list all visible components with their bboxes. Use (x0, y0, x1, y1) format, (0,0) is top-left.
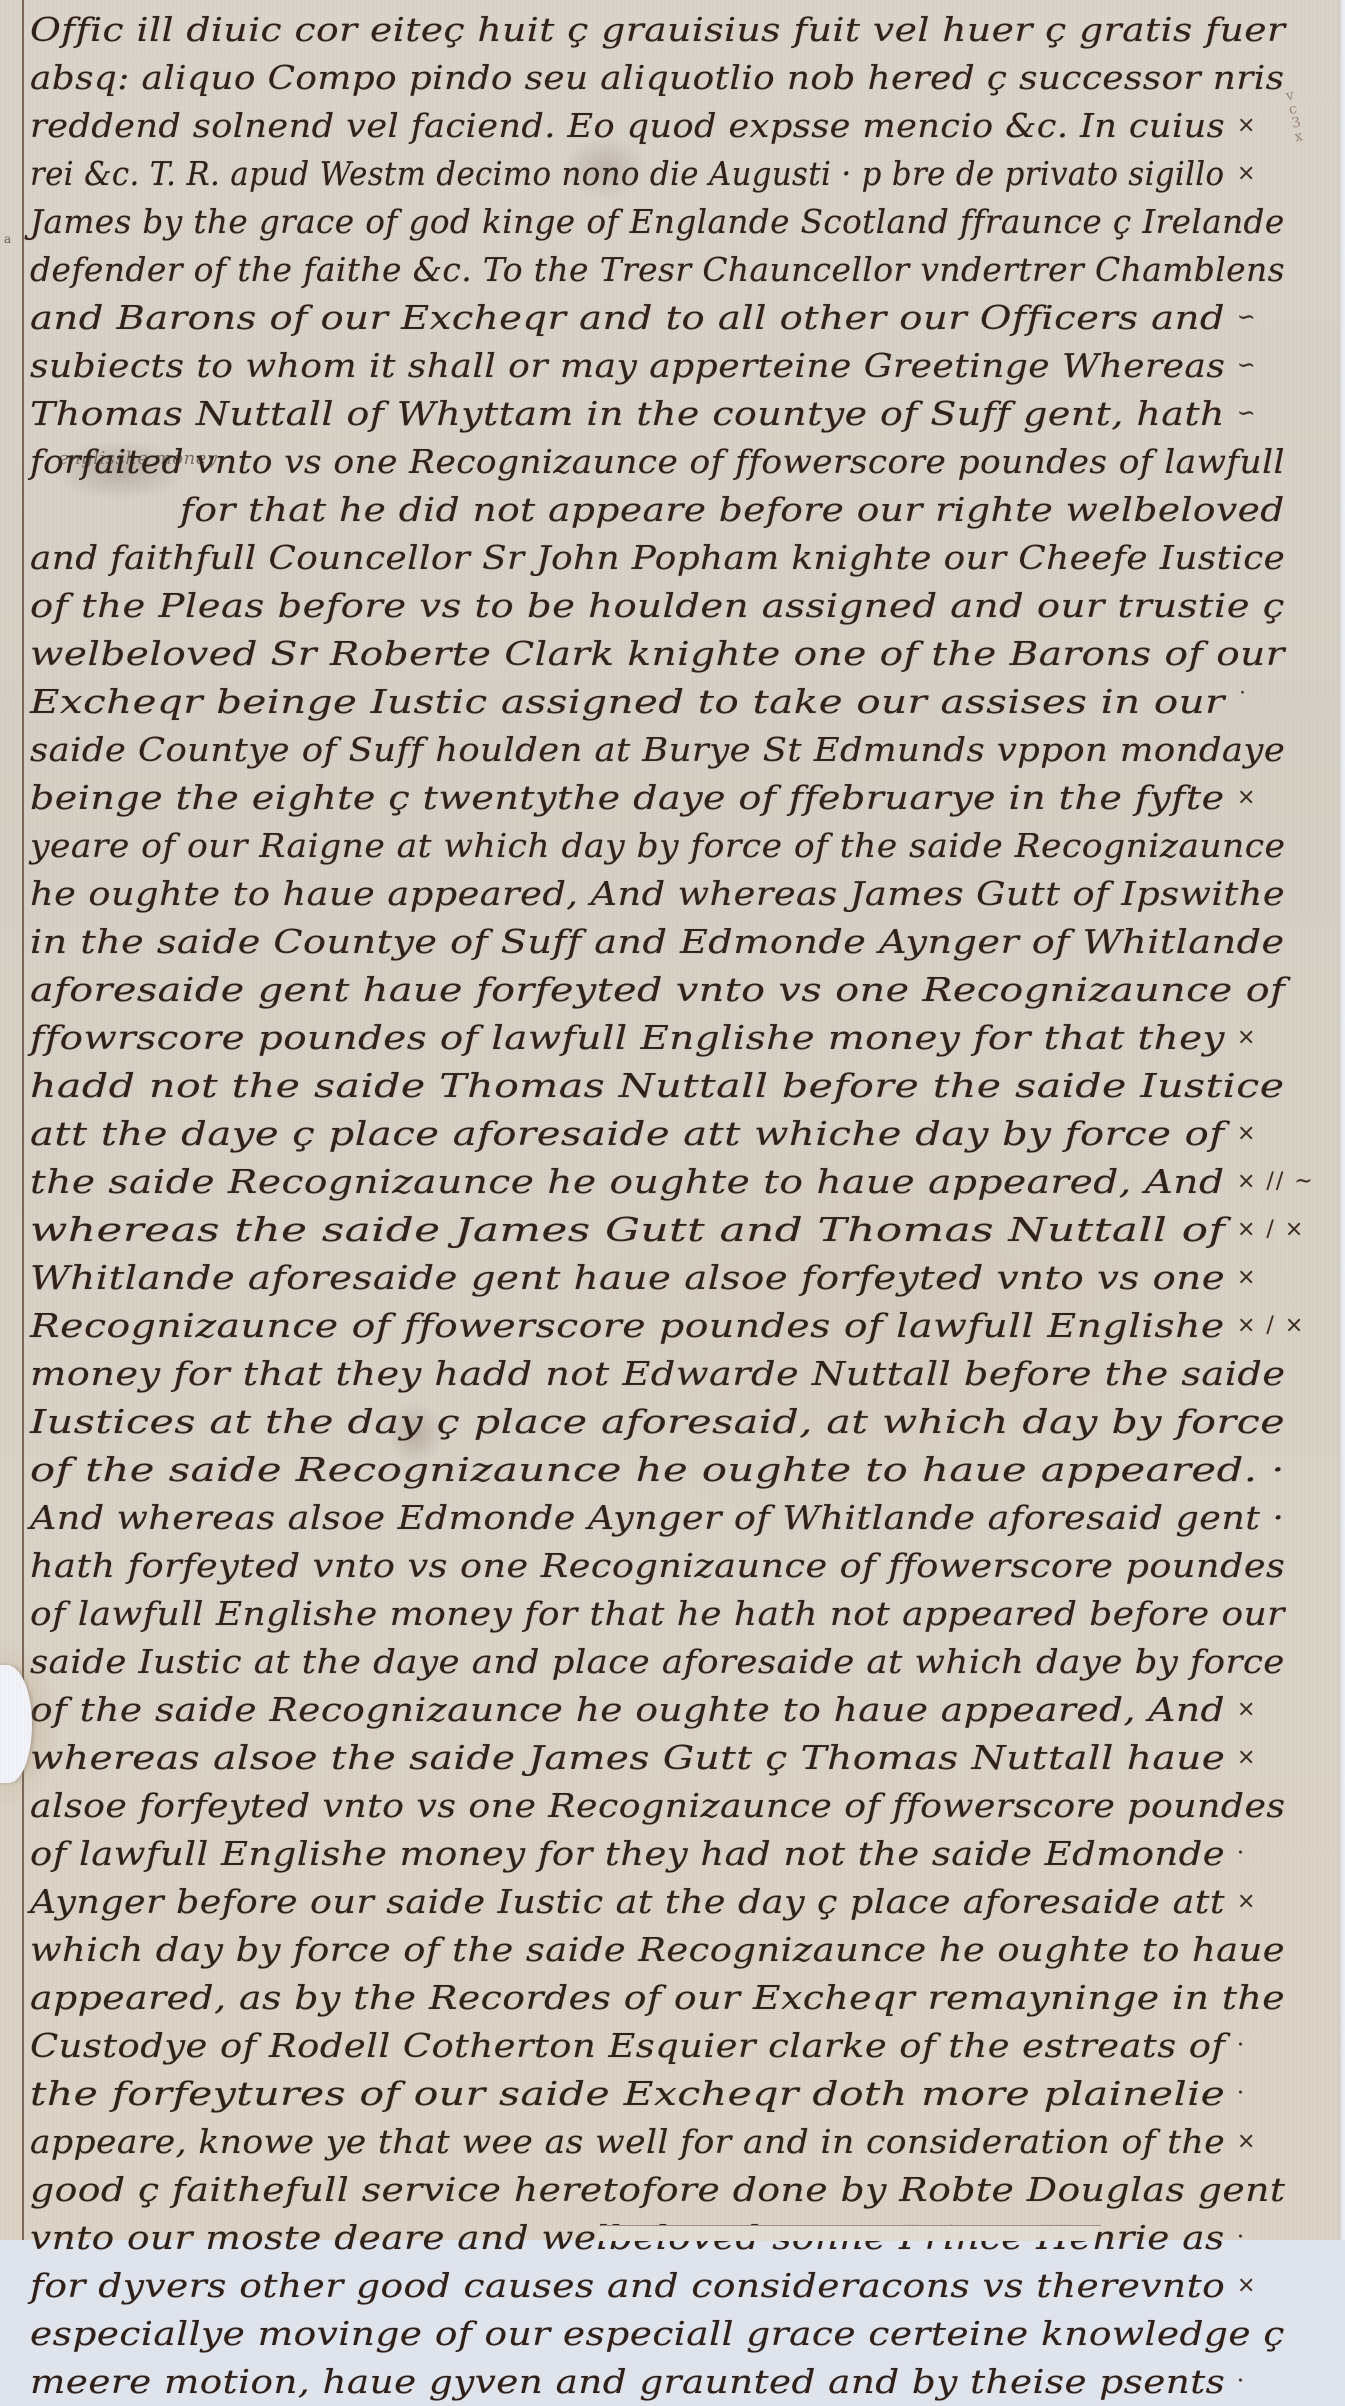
line-filler-mark: ∽ (1237, 294, 1257, 342)
manuscript-line: and faithfull Councellor Sr John Popham … (30, 534, 1320, 582)
line-text: welbeloved Sr Roberte Clark knighte one … (30, 630, 1285, 678)
bottom-fold (595, 2225, 1101, 2240)
line-text: and faithfull Councellor Sr John Popham … (30, 534, 1285, 582)
manuscript-line: of lawfull Englishe money for they had n… (30, 1830, 1320, 1878)
manuscript-line: good ç faithefull service heretofore don… (30, 2166, 1320, 2214)
manuscript-line: alsoe forfeyted vnto vs one Recognizaunc… (30, 1782, 1320, 1830)
manuscript-line: money for that they hadd not Edwarde Nut… (30, 1350, 1320, 1398)
manuscript-line: absq: aliquo Compo pindo seu aliquotlio … (30, 54, 1320, 102)
line-filler-mark: × (1237, 1014, 1257, 1062)
parchment-page: a englisshe money v c 3 x Offic ill diui… (0, 0, 1338, 2240)
line-filler-mark: × / × (1237, 1302, 1305, 1350)
manuscript-line: saide Iustic at the daye and place afore… (30, 1638, 1320, 1686)
manuscript-line: yeare of our Raigne at which day by forc… (30, 822, 1320, 870)
manuscript-line: hath forfeyted vnto vs one Recognizaunce… (30, 1542, 1320, 1590)
manuscript-line: aforesaide gent haue forfeyted vnto vs o… (30, 966, 1320, 1014)
line-text: money for that they hadd not Edwarde Nut… (30, 1350, 1286, 1398)
line-text: Offic ill diuic cor eiteç huit ç grauisi… (30, 6, 1285, 54)
line-text: of lawfull Englishe money for that he ha… (30, 1590, 1285, 1638)
left-margin-mark: a (4, 232, 11, 246)
line-text: ffowrscore poundes of lawfull Englishe m… (30, 1014, 1225, 1062)
line-filler-mark: ∽ (1237, 390, 1257, 438)
manuscript-line: of the saide Recognizaunce he oughte to … (30, 1446, 1320, 1494)
line-filler-mark: × (1237, 102, 1257, 150)
manuscript-text: Offic ill diuic cor eiteç huit ç grauisi… (30, 6, 1320, 2240)
line-text: Custodye of Rodell Cotherton Esquier cla… (30, 2022, 1226, 2070)
manuscript-line: Iustices at the day ç place aforesaid, a… (30, 1398, 1320, 1446)
line-text: for that he did not appeare before our r… (180, 486, 1285, 534)
line-text: Excheqr beinge Iustic assigned to take o… (30, 678, 1225, 726)
manuscript-line: for that he did not appeare before our r… (30, 486, 1320, 534)
line-text: Thomas Nuttall of Whyttam in the countye… (30, 390, 1225, 438)
manuscript-line: appeared, as by the Recordes of our Exch… (30, 1974, 1320, 2022)
manuscript-line: whereas the saide James Gutt and Thomas … (30, 1206, 1320, 1254)
line-text: of the saide Recognizaunce he oughte to … (30, 1686, 1225, 1734)
manuscript-line: in the saide Countye of Suff and Edmonde… (30, 918, 1320, 966)
manuscript-line: the saide Recognizaunce he oughte to hau… (30, 1158, 1320, 1206)
line-text: in the saide Countye of Suff and Edmonde… (30, 918, 1285, 966)
line-text: absq: aliquo Compo pindo seu aliquotlio … (30, 54, 1284, 102)
line-text: Iustices at the day ç place aforesaid, a… (30, 1398, 1285, 1446)
line-filler-mark: × (1237, 2118, 1257, 2166)
manuscript-line: defender of the faithe &c. To the Tresr … (30, 246, 1320, 294)
manuscript-line: att the daye ç place aforesaide att whic… (30, 1110, 1320, 1158)
line-filler-mark: × / × (1237, 1206, 1305, 1254)
line-text: reddend solnend vel faciend. Eo quod exp… (30, 102, 1225, 150)
line-text: appeare, knowe ye that wee as well for a… (30, 2118, 1225, 2166)
manuscript-line: Aynger before our saide Iustic at the da… (30, 1878, 1320, 1926)
manuscript-line: forfaited vnto vs one Recognizaunce of f… (30, 438, 1320, 486)
manuscript-line: Custodye of Rodell Cotherton Esquier cla… (30, 2022, 1320, 2070)
line-text: Whitlande aforesaide gent haue alsoe for… (30, 1254, 1225, 1302)
line-text: good ç faithefull service heretofore don… (30, 2166, 1285, 2214)
line-filler-mark: · (1237, 2022, 1246, 2070)
line-text: and Barons of our Excheqr and to all oth… (30, 294, 1225, 342)
line-text: beinge the eighte ç twentythe daye of ff… (30, 774, 1225, 822)
manuscript-line: the forfeytures of our saide Excheqr dot… (30, 2070, 1320, 2118)
manuscript-line: which day by force of the saide Recogniz… (30, 1926, 1320, 1974)
line-text: forfaited vnto vs one Recognizaunce of f… (30, 438, 1285, 486)
line-text: whereas the saide James Gutt and Thomas … (30, 1206, 1225, 1254)
line-filler-mark: × // ~ (1237, 1158, 1315, 1206)
manuscript-line: saide Countye of Suff houlden at Burye S… (30, 726, 1320, 774)
line-text: hath forfeyted vnto vs one Recognizaunce… (30, 1542, 1285, 1590)
line-filler-mark: × (1237, 1254, 1257, 1302)
manuscript-line: whereas alsoe the saide James Gutt ç Tho… (30, 1734, 1320, 1782)
line-filler-mark: × (1237, 1734, 1257, 1782)
line-text: Aynger before our saide Iustic at the da… (30, 1878, 1225, 1926)
line-text: alsoe forfeyted vnto vs one Recognizaunc… (30, 1782, 1285, 1830)
line-filler-mark: × (1237, 774, 1257, 822)
line-text: And whereas alsoe Edmonde Aynger of Whit… (30, 1494, 1284, 1542)
manuscript-line: James by the grace of god kinge of Engla… (30, 198, 1320, 246)
line-filler-mark: · (1237, 2214, 1246, 2240)
manuscript-line: Whitlande aforesaide gent haue alsoe for… (30, 1254, 1320, 1302)
line-text: saide Countye of Suff houlden at Burye S… (30, 726, 1285, 774)
line-filler-mark: × (1237, 1686, 1257, 1734)
manuscript-line: hadd not the saide Thomas Nuttall before… (30, 1062, 1320, 1110)
manuscript-line: and Barons of our Excheqr and to all oth… (30, 294, 1320, 342)
manuscript-line: Thomas Nuttall of Whyttam in the countye… (30, 390, 1320, 438)
line-text: the saide Recognizaunce he oughte to hau… (30, 1158, 1225, 1206)
line-filler-mark: × (1237, 150, 1257, 198)
line-text: James by the grace of god kinge of Engla… (30, 198, 1285, 246)
line-text: saide Iustic at the daye and place afore… (30, 1638, 1285, 1686)
line-text: aforesaide gent haue forfeyted vnto vs o… (30, 966, 1285, 1014)
line-text: of the saide Recognizaunce he oughte to … (30, 1446, 1285, 1494)
line-filler-mark: × (1237, 1110, 1257, 1158)
line-text: hadd not the saide Thomas Nuttall before… (30, 1062, 1285, 1110)
line-text: att the daye ç place aforesaide att whic… (30, 1110, 1225, 1158)
manuscript-line: And whereas alsoe Edmonde Aynger of Whit… (30, 1494, 1320, 1542)
manuscript-line: beinge the eighte ç twentythe daye of ff… (30, 774, 1320, 822)
line-text: appeared, as by the Recordes of our Exch… (30, 1974, 1285, 2022)
manuscript-line: reddend solnend vel faciend. Eo quod exp… (30, 102, 1320, 150)
line-filler-mark: ∽ (1237, 342, 1257, 390)
line-filler-mark: ˙ (1237, 678, 1250, 726)
manuscript-line: Excheqr beinge Iustic assigned to take o… (30, 678, 1320, 726)
line-text: subiects to whom it shall or may apperte… (30, 342, 1225, 390)
line-text: rei &c. T. R. apud Westm decimo nono die… (30, 150, 1224, 198)
line-text: of lawfull Englishe money for they had n… (30, 1830, 1225, 1878)
manuscript-line: ffowrscore poundes of lawfull Englishe m… (30, 1014, 1320, 1062)
line-text: defender of the faithe &c. To the Tresr … (30, 246, 1285, 294)
manuscript-line: welbeloved Sr Roberte Clark knighte one … (30, 630, 1320, 678)
manuscript-line: of the saide Recognizaunce he oughte to … (30, 1686, 1320, 1734)
manuscript-line: of the Pleas before vs to be houlden ass… (30, 582, 1320, 630)
line-text: whereas alsoe the saide James Gutt ç Tho… (30, 1734, 1225, 1782)
manuscript-line: he oughte to haue appeared, And whereas … (30, 870, 1320, 918)
manuscript-line: subiects to whom it shall or may apperte… (30, 342, 1320, 390)
line-filler-mark: × (1237, 1878, 1257, 1926)
line-text: which day by force of the saide Recogniz… (30, 1926, 1285, 1974)
scan-edge (1338, 0, 1345, 2240)
manuscript-line: of lawfull Englishe money for that he ha… (30, 1590, 1320, 1638)
manuscript-line: appeare, knowe ye that wee as well for a… (30, 2118, 1320, 2166)
manuscript-line: Recognizaunce of ffowerscore poundes of … (30, 1302, 1320, 1350)
manuscript-line: Offic ill diuic cor eiteç huit ç grauisi… (30, 6, 1320, 54)
line-filler-mark: · (1237, 2070, 1246, 2118)
line-text: the forfeytures of our saide Excheqr dot… (30, 2070, 1225, 2118)
line-text: he oughte to haue appeared, And whereas … (30, 870, 1285, 918)
line-text: of the Pleas before vs to be houlden ass… (30, 582, 1285, 630)
line-text: Recognizaunce of ffowerscore poundes of … (30, 1302, 1225, 1350)
margin-rule (22, 0, 24, 2240)
line-text: yeare of our Raigne at which day by forc… (30, 822, 1285, 870)
line-filler-mark: · (1237, 1830, 1246, 1878)
manuscript-line: rei &c. T. R. apud Westm decimo nono die… (30, 150, 1320, 198)
